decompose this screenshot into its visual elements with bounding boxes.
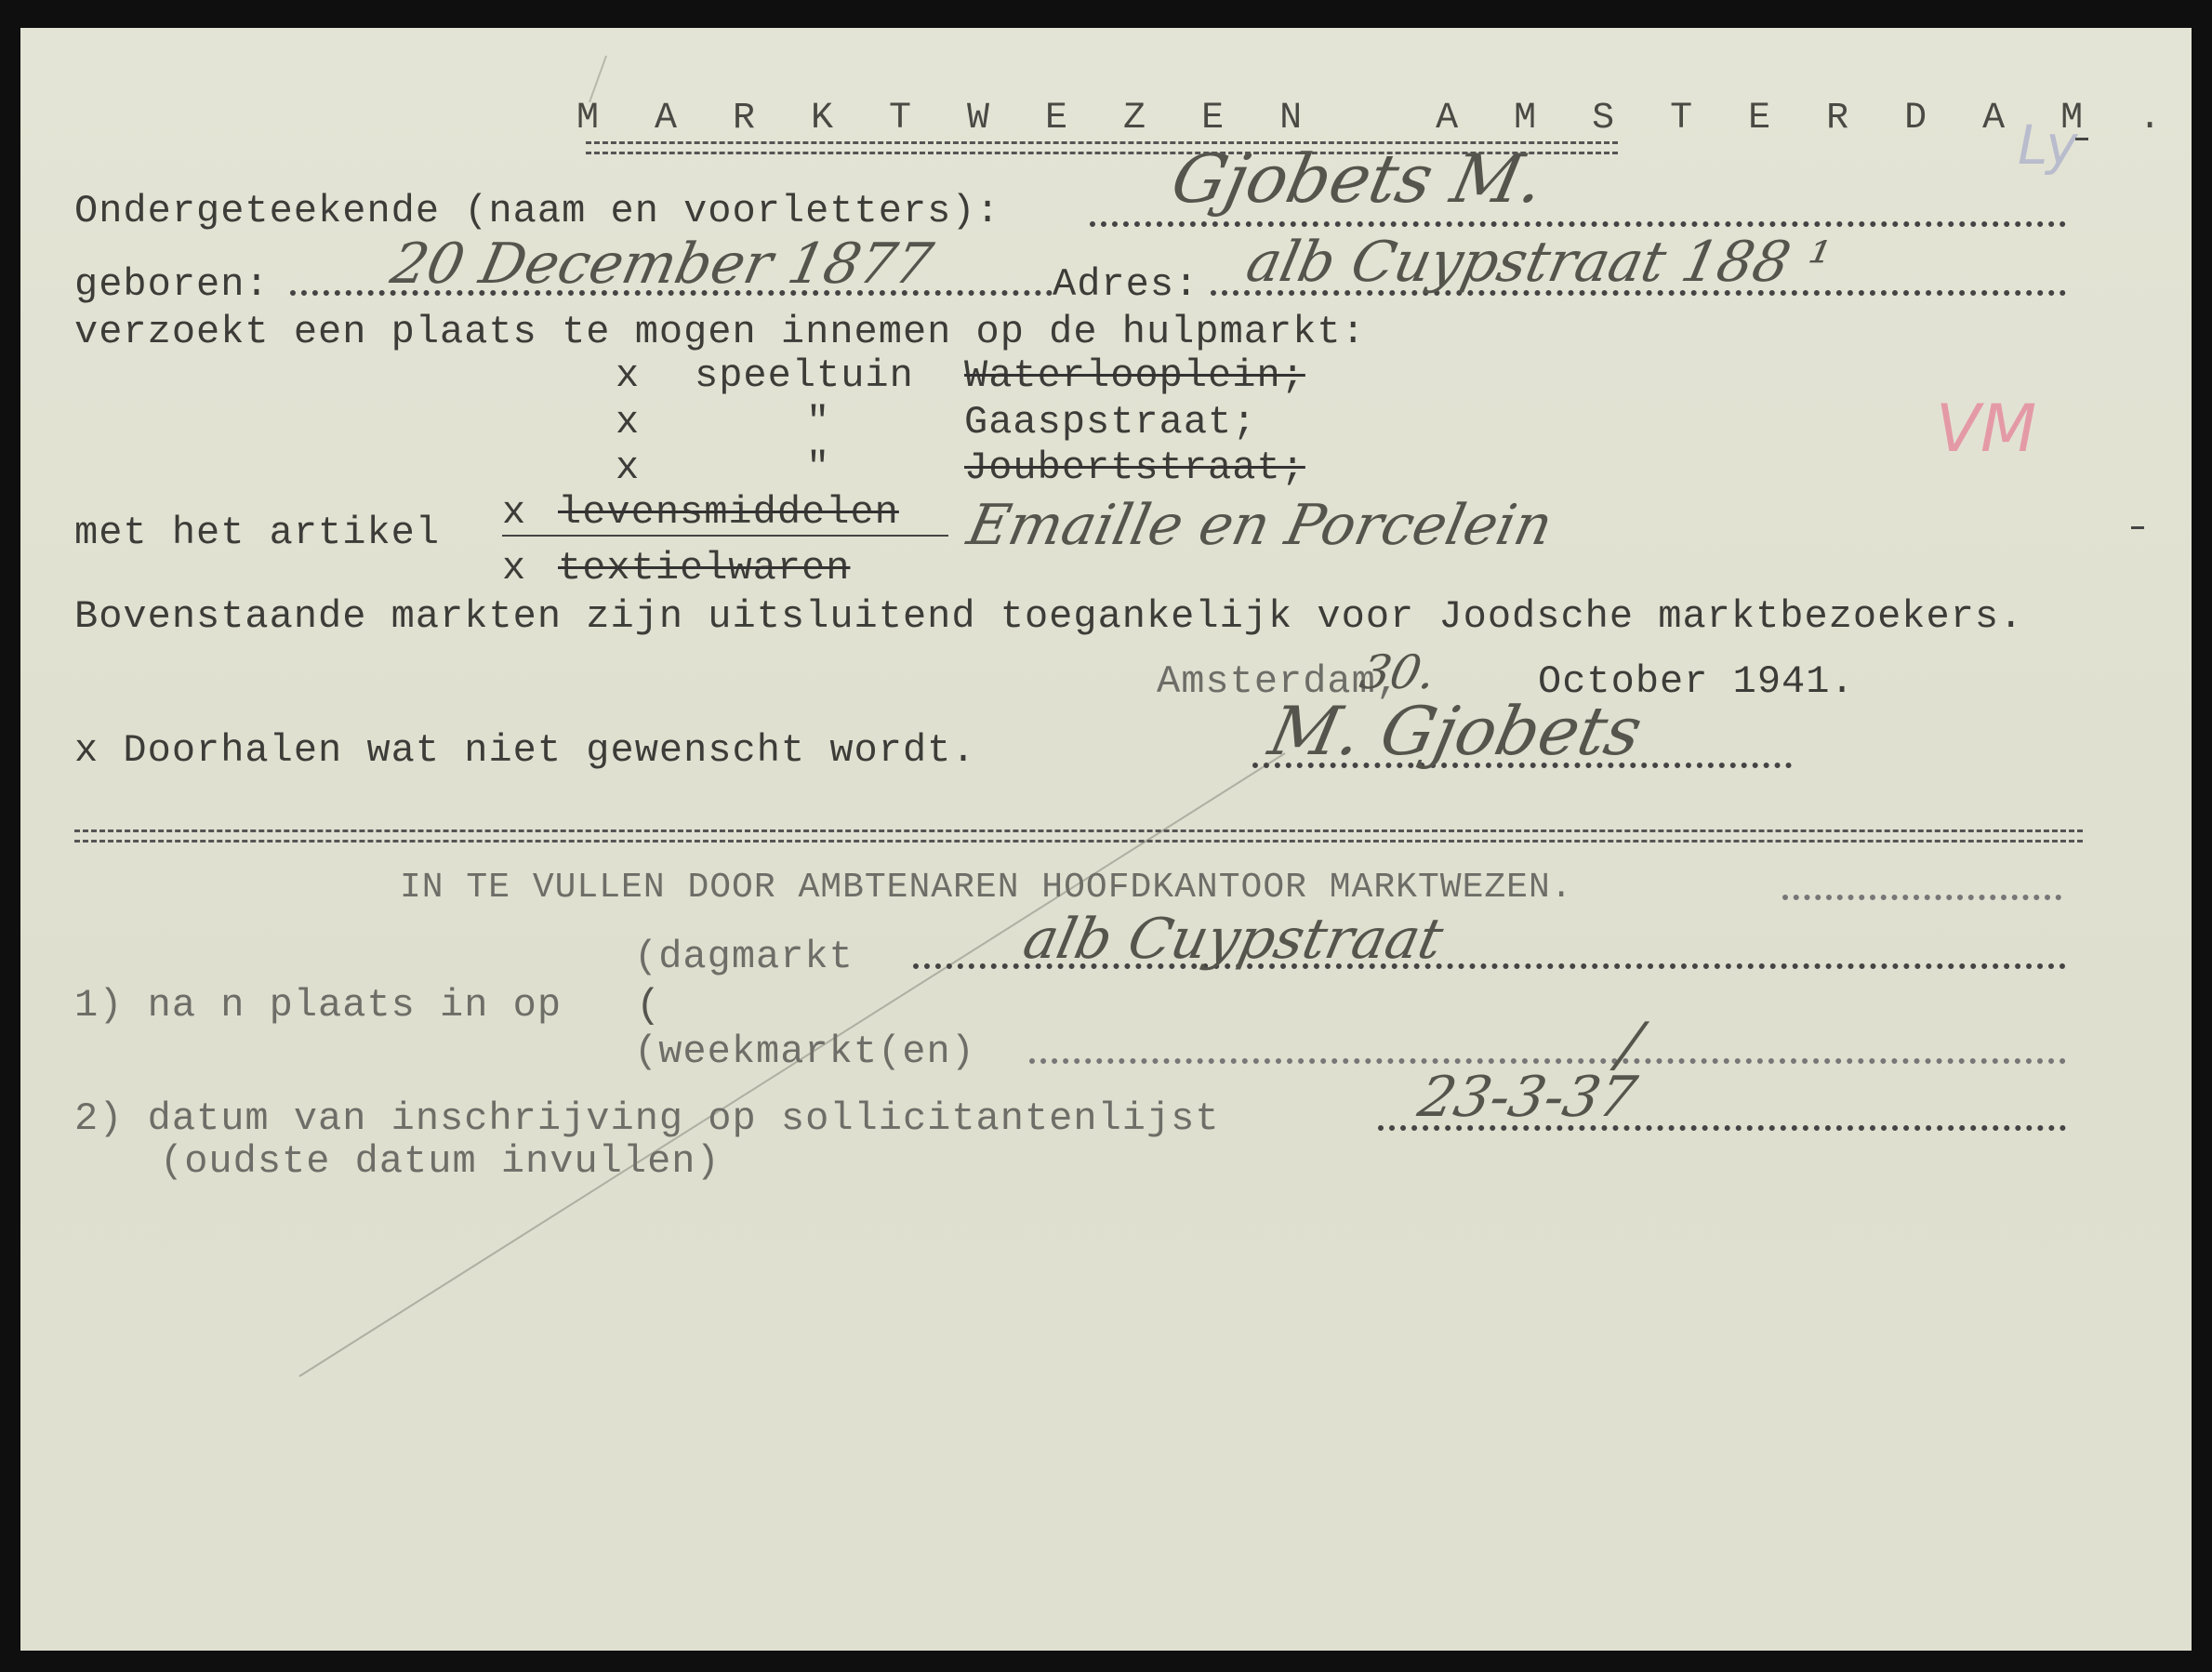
- born-label: geboren:: [74, 265, 270, 304]
- footnote: x Doorhalen wat niet gewenscht wordt.: [74, 731, 976, 770]
- edge-tick: [2131, 526, 2144, 529]
- born-handwritten: 20 December 1877: [387, 236, 937, 292]
- item1-label: 1) na n plaats in op: [74, 986, 562, 1025]
- market-3-name: Joubertstraat;: [964, 448, 1305, 487]
- article-option-2-marker: x: [502, 549, 526, 588]
- official-heading-trail: [1782, 895, 2061, 900]
- weekmarkt-field-line[interactable]: [1029, 1058, 2066, 1064]
- article-option-1-marker: x: [502, 493, 526, 532]
- blue-pencil-mark: Ly: [2018, 113, 2078, 177]
- section-separator: [74, 829, 2083, 843]
- address-handwritten: alb Cuypstraat 188 ¹: [1242, 234, 1835, 290]
- market-2-prefix: ": [806, 403, 830, 442]
- article-fraction-rule: [502, 535, 948, 537]
- name-label: Ondergeteekende (naam en voorletters):: [74, 192, 1000, 231]
- dagmarkt-label: (dagmarkt: [634, 937, 854, 976]
- notice-text: Bovenstaande markten zijn uitsluitend to…: [74, 597, 2023, 636]
- article-label: met het artikel: [74, 513, 440, 552]
- dagmarkt-handwritten: alb Cuypstraat: [1019, 911, 1448, 967]
- document-title: M A R K T W E Z E N A M S T E R D A M .: [576, 100, 2178, 138]
- address-label: Adres:: [1053, 265, 1199, 304]
- official-heading: IN TE VULLEN DOOR AMBTENAREN HOOFDKANTOO…: [400, 870, 1573, 906]
- market-1-marker: x: [616, 356, 640, 395]
- name-field-line[interactable]: [1090, 221, 2066, 227]
- red-pencil-mark: VM: [1936, 391, 2036, 467]
- item2-label: 2) datum van inschrijving op sollicitant…: [74, 1099, 1220, 1138]
- weekmarkt-label: (weekmarkt(en): [634, 1032, 975, 1071]
- market-2-marker: x: [616, 403, 640, 442]
- item1-bracket: (: [636, 986, 660, 1027]
- market-1-prefix: speeltuin: [695, 356, 914, 395]
- name-handwritten: Gjobets M.: [1166, 145, 1550, 212]
- item2-handwritten: 23-3-37: [1414, 1069, 1641, 1125]
- article-handwritten: Emaille en Porcelein: [963, 498, 1557, 553]
- archive-card: M A R K T W E Z E N A M S T E R D A M . …: [20, 28, 2192, 1651]
- article-option-1: levensmiddelen: [558, 493, 899, 532]
- market-2-name: Gaaspstraat;: [964, 403, 1256, 442]
- edge-tick: [2075, 138, 2088, 140]
- market-3-prefix: ": [806, 448, 830, 487]
- article-option-2: textielwaren: [558, 549, 850, 588]
- signature-handwritten: M. Gjobets: [1264, 697, 1648, 764]
- item2-sublabel: (oudste datum invullen): [160, 1142, 721, 1181]
- market-3-marker: x: [616, 448, 640, 487]
- date-day-handwritten: 30.: [1357, 649, 1440, 696]
- request-text: verzoekt een plaats te mogen innemen op …: [74, 312, 1366, 352]
- market-1-name: Waterlooplein;: [964, 356, 1305, 395]
